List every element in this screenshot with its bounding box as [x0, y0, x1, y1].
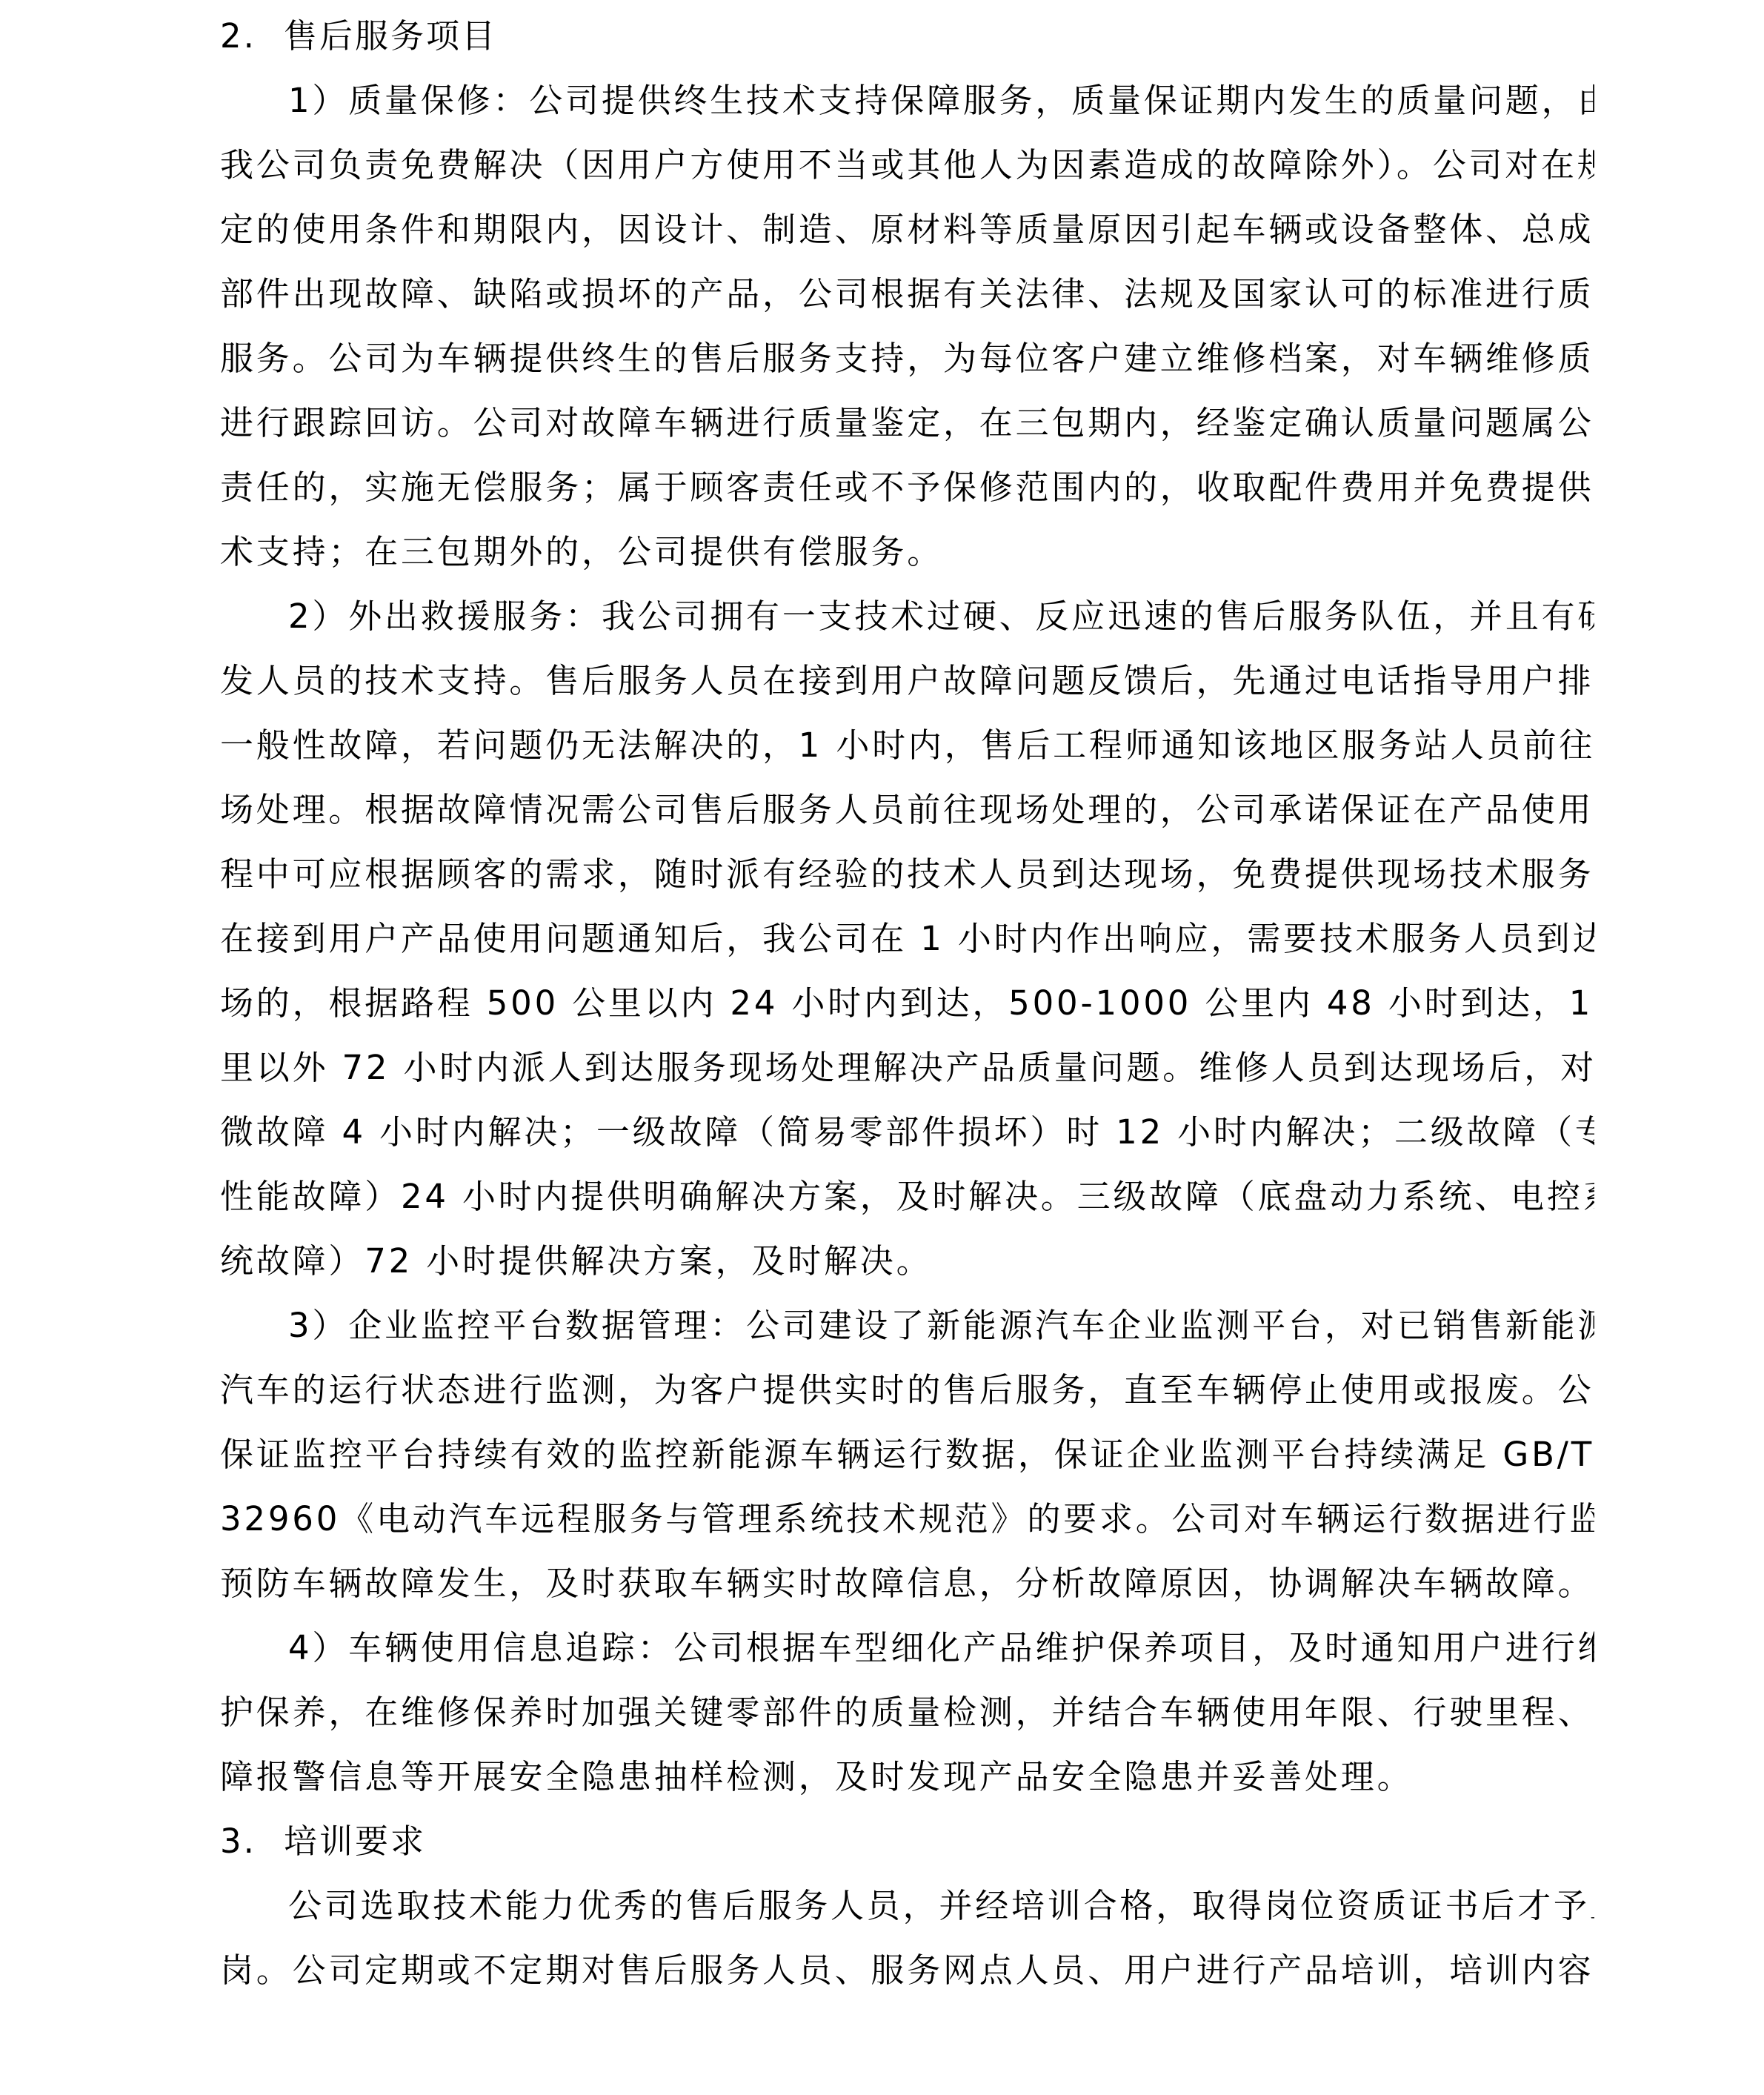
section-number: 3. — [220, 1809, 284, 1873]
paragraph-training: 公司选取技术能力优秀的售后服务人员，并经培训合格，取得岗位资质证书后才予上 岗。… — [220, 1873, 1594, 2002]
paragraph-line: 定的使用条件和期限内，因设计、制造、原材料等质量原因引起车辆或设备整体、总成、 — [220, 197, 1594, 262]
paragraph-line: 场处理。根据故障情况需公司售后服务人员前往现场处理的，公司承诺保证在产品使用过 — [220, 777, 1594, 842]
section-heading-training-requirements: 3.培训要求 — [220, 1809, 1594, 1873]
paragraph-line: 4）车辆使用信息追踪：公司根据车型细化产品维护保养项目，及时通知用户进行维 — [220, 1616, 1594, 1680]
paragraph-line: 预防车辆故障发生，及时获取车辆实时故障信息，分析故障原因，协调解决车辆故障。 — [220, 1551, 1594, 1616]
paragraph-line: 统故障）72 小时提供解决方案，及时解决。 — [220, 1229, 1594, 1293]
paragraph-line: 术支持；在三包期外的，公司提供有偿服务。 — [220, 519, 1594, 584]
paragraph-line: 汽车的运行状态进行监测，为客户提供实时的售后服务，直至车辆停止使用或报废。公司 — [220, 1358, 1594, 1422]
paragraph-line: 场的，根据路程 500 公里以内 24 小时内到达，500-1000 公里内 4… — [220, 971, 1594, 1035]
paragraph-line: 程中可应根据顾客的需求，随时派有经验的技术人员到达现场，免费提供现场技术服务。 — [220, 842, 1594, 906]
paragraph-line: 护保养，在维修保养时加强关键零部件的质量检测，并结合车辆使用年限、行驶里程、故 — [220, 1680, 1594, 1744]
paragraph-line: 公司选取技术能力优秀的售后服务人员，并经培训合格，取得岗位资质证书后才予上 — [220, 1873, 1594, 1938]
paragraph-line: 32960《电动汽车远程服务与管理系统技术规范》的要求。公司对车辆运行数据进行监… — [220, 1487, 1594, 1551]
section-title: 售后服务项目 — [284, 16, 497, 56]
paragraph-line: 服务。公司为车辆提供终生的售后服务支持，为每位客户建立维修档案，对车辆维修质量 — [220, 326, 1594, 391]
paragraph-line: 里以外 72 小时内派人到达服务现场处理解决产品质量问题。维修人员到达现场后，对… — [220, 1035, 1594, 1100]
paragraph-line: 部件出现故障、缺陷或损坏的产品，公司根据有关法律、法规及国家认可的标准进行质保 — [220, 262, 1594, 326]
document-page: 2.售后服务项目 1）质量保修：公司提供终生技术支持保障服务，质量保证期内发生的… — [220, 4, 1594, 2002]
paragraph-field-rescue-service: 2）外出救援服务：我公司拥有一支技术过硬、反应迅速的售后服务队伍，并且有研 发人… — [220, 584, 1594, 1293]
section-heading-after-sales-service-items: 2.售后服务项目 — [220, 4, 1594, 68]
paragraph-line: 我公司负责免费解决（因用户方使用不当或其他人为因素造成的故障除外）。公司对在规 — [220, 133, 1594, 197]
paragraph-monitoring-platform: 3）企业监控平台数据管理：公司建设了新能源汽车企业监测平台，对已销售新能源 汽车… — [220, 1293, 1594, 1616]
paragraph-line: 岗。公司定期或不定期对售后服务人员、服务网点人员、用户进行产品培训，培训内容包 — [220, 1938, 1594, 2002]
paragraph-line: 保证监控平台持续有效的监控新能源车辆运行数据，保证企业监测平台持续满足 GB/T — [220, 1422, 1594, 1487]
paragraph-line: 性能故障）24 小时内提供明确解决方案，及时解决。三级故障（底盘动力系统、电控系 — [220, 1164, 1594, 1229]
paragraph-vehicle-usage-tracking: 4）车辆使用信息追踪：公司根据车型细化产品维护保养项目，及时通知用户进行维 护保… — [220, 1616, 1594, 1809]
paragraph-line: 在接到用户产品使用问题通知后，我公司在 1 小时内作出响应，需要技术服务人员到达… — [220, 906, 1594, 971]
paragraph-line: 3）企业监控平台数据管理：公司建设了新能源汽车企业监测平台，对已销售新能源 — [220, 1293, 1594, 1358]
paragraph-line: 障报警信息等开展安全隐患抽样检测，及时发现产品安全隐患并妥善处理。 — [220, 1744, 1594, 1809]
section-number: 2. — [220, 4, 284, 68]
paragraph-quality-warranty: 1）质量保修：公司提供终生技术支持保障服务，质量保证期内发生的质量问题，由 我公… — [220, 68, 1594, 584]
paragraph-line: 1）质量保修：公司提供终生技术支持保障服务，质量保证期内发生的质量问题，由 — [220, 68, 1594, 133]
paragraph-line: 2）外出救援服务：我公司拥有一支技术过硬、反应迅速的售后服务队伍，并且有研 — [220, 584, 1594, 648]
paragraph-line: 责任的，实施无偿服务；属于顾客责任或不予保修范围内的，收取配件费用并免费提供技 — [220, 455, 1594, 519]
paragraph-line: 微故障 4 小时内解决；一级故障（简易零部件损坏）时 12 小时内解决；二级故障… — [220, 1100, 1594, 1164]
paragraph-line: 发人员的技术支持。售后服务人员在接到用户故障问题反馈后，先通过电话指导用户排除 — [220, 648, 1594, 713]
section-title: 培训要求 — [284, 1822, 426, 1861]
paragraph-line: 进行跟踪回访。公司对故障车辆进行质量鉴定，在三包期内，经鉴定确认质量问题属公司 — [220, 391, 1594, 455]
paragraph-line: 一般性故障，若问题仍无法解决的，1 小时内，售后工程师通知该地区服务站人员前往现 — [220, 713, 1594, 777]
